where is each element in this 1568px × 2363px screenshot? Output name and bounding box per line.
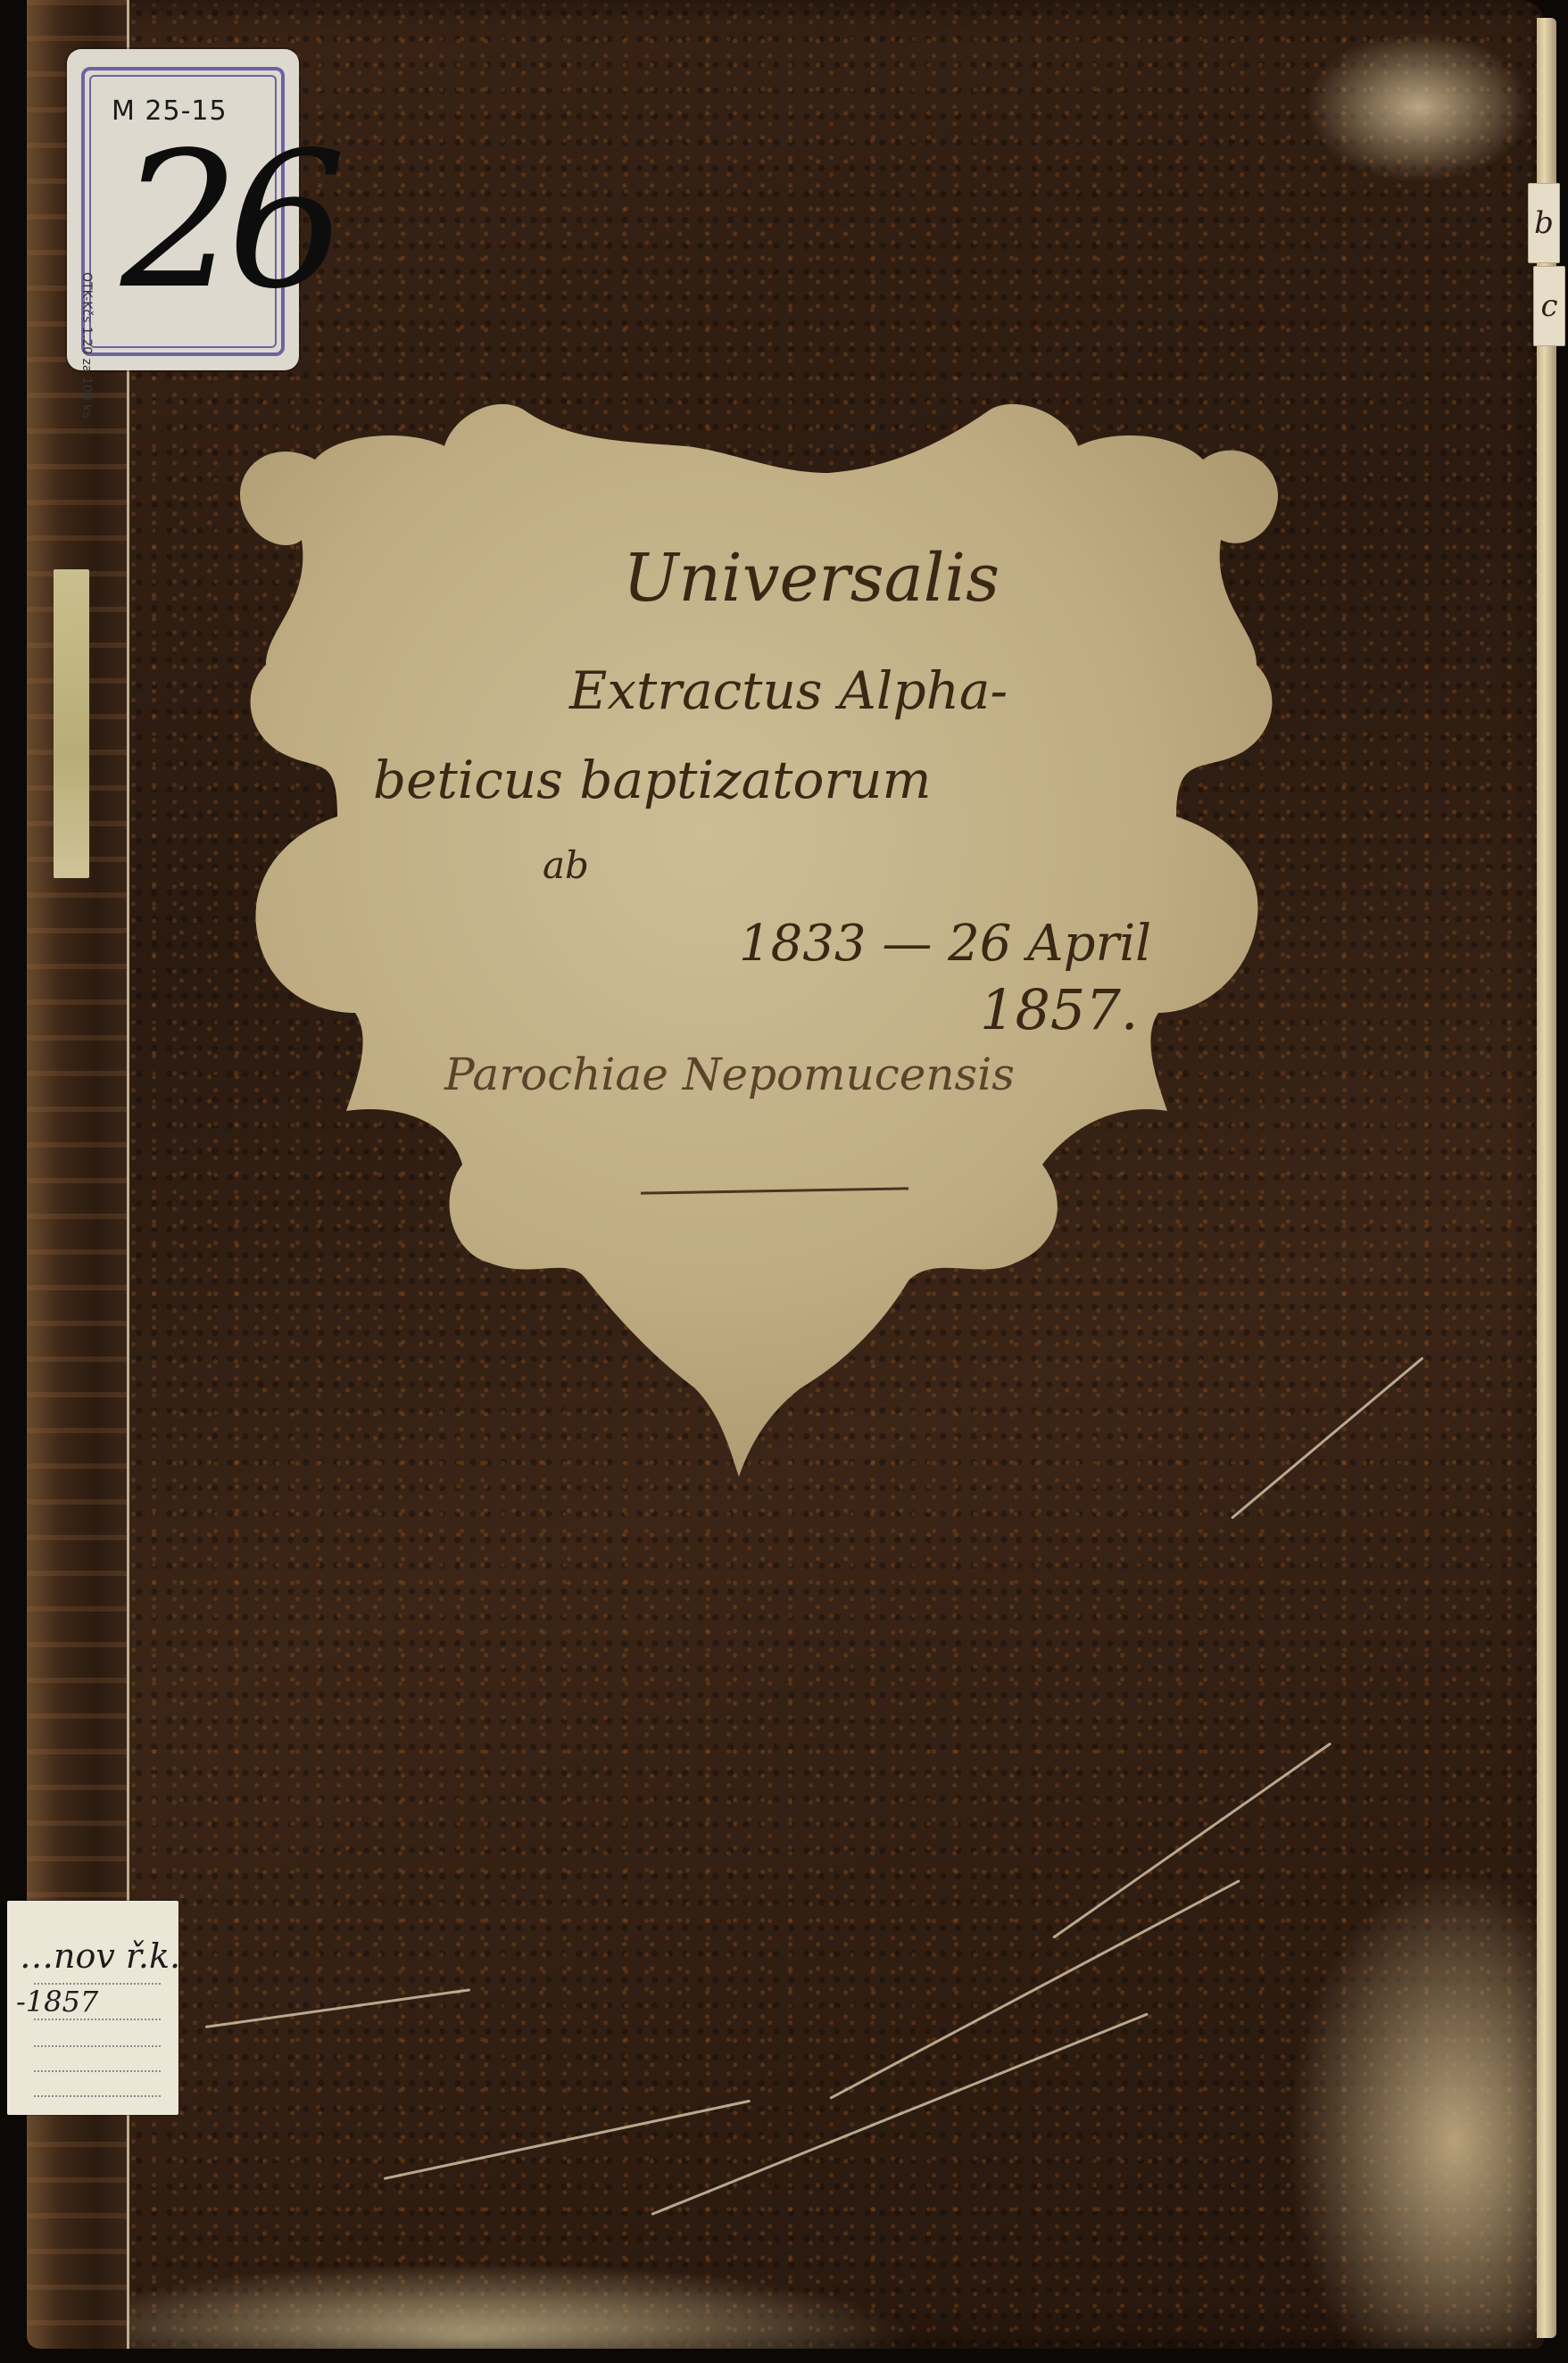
marbling-vein	[205, 1988, 470, 2028]
index-tab-letter: b	[1534, 205, 1554, 241]
index-tab[interactable]: c	[1533, 266, 1565, 346]
volume-number: 26	[120, 128, 334, 315]
date-range-line: 1833 — 26 April	[739, 915, 1151, 973]
label-printer-text: OTK-Kčs 1.20 za 100 ks	[79, 272, 94, 419]
index-tab[interactable]: b	[1528, 183, 1560, 263]
title-line-3: beticus baptizatorum	[373, 750, 931, 810]
end-year-line: 1857.	[980, 977, 1139, 1042]
title-line-1: Universalis	[623, 540, 1000, 617]
index-tab-letter: c	[1540, 288, 1557, 324]
marbling-vein	[829, 1879, 1240, 2100]
page-fore-edge	[1537, 18, 1556, 2338]
spine-label: …nov ř.k. -1857	[7, 1901, 178, 2115]
marbling-vein	[1052, 1742, 1332, 1938]
title-line-4: ab	[543, 843, 589, 887]
marbling-vein	[651, 2012, 1148, 2216]
spine-paper-strip	[54, 569, 89, 878]
marbling-vein	[384, 2100, 751, 2180]
dotted-line	[34, 2045, 161, 2047]
parish-line: Parochiae Nepomucensis	[444, 1049, 1015, 1100]
call-number-label: M 25-15 26 OTK-Kčs 1.20 za 100 ks	[67, 49, 299, 370]
title-cartouche: Universalis Extractus Alpha- beticus bap…	[230, 397, 1285, 1481]
dotted-line	[34, 2070, 161, 2072]
dotted-line	[34, 2095, 161, 2097]
spine-label-years: -1857	[16, 1985, 98, 2019]
spine-label-place: …nov ř.k.	[20, 1936, 180, 1976]
dotted-line	[34, 2019, 161, 2020]
title-line-2: Extractus Alpha-	[569, 660, 1008, 721]
